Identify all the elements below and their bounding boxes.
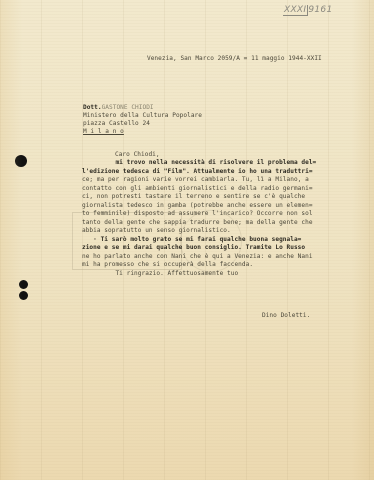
archive-number-boxed: XXXI xyxy=(283,5,308,16)
signature: Dino Doletti. xyxy=(262,312,310,321)
body-line: contatto con gli ambienti giornalistici … xyxy=(82,185,313,194)
punch-hole-icon xyxy=(19,291,28,300)
body-line: ce; ma per ragioni varie vorrei cambiarl… xyxy=(82,176,309,185)
letter-page: XXXI9161 Venezia, San Marco 2059/A = 11 … xyxy=(0,0,374,480)
body-line: Ti ringrazio. Affettuosamente tuo xyxy=(82,270,238,279)
body-line: mi trovo nella necessità di risolvere il… xyxy=(82,159,316,168)
body-line: ne ho parlato anche con Nani che è qui a… xyxy=(82,253,313,262)
body-line: tanto della gente che sappia tradurre be… xyxy=(82,219,313,228)
recipient-name: GASTONE CHIODI xyxy=(102,104,154,111)
body-line: l'edizione tedesca di "Film". Attualment… xyxy=(82,168,313,177)
body-line: ci, non potresti tastare il terreno e se… xyxy=(82,193,305,202)
punch-hole-icon xyxy=(19,280,28,289)
place-date-line: Venezia, San Marco 2059/A = 11 maggio 19… xyxy=(147,55,322,64)
body-line: giornalista tedesco in gamba (potrebbe a… xyxy=(82,202,313,211)
body-line: mi ha promesso che si occuperà della fac… xyxy=(82,261,253,270)
punch-hole-icon xyxy=(15,155,27,167)
body-line: to femminile) disposto ad assumere l'inc… xyxy=(82,210,313,219)
archive-number: XXXI9161 xyxy=(283,5,332,15)
body-line: zione e se mi darai qualche buon consigl… xyxy=(82,244,305,253)
body-line: · Ti sarò molto grato se mi farai qualch… xyxy=(82,236,301,245)
body-line: abbia sopratutto un senso giornalistico. xyxy=(82,227,231,236)
archive-number-rest: 9161 xyxy=(308,5,332,15)
recipient-title: Dott. xyxy=(83,104,102,111)
recipient-city: M i l a n o xyxy=(83,128,124,137)
